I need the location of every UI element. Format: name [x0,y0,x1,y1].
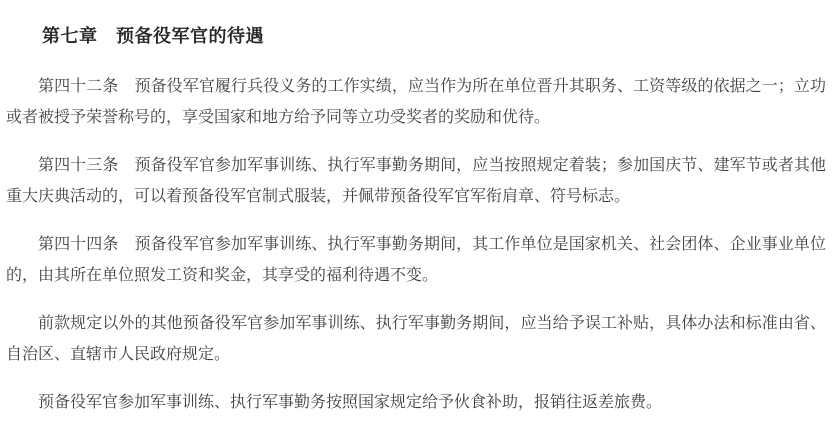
article-42-paragraph: 第四十二条 预备役军官履行兵役义务的工作实绩，应当作为所在单位晋升其职务、工资等… [6,71,826,133]
article-44-paragraph-1: 第四十四条 预备役军官参加军事训练、执行军事勤务期间，其工作单位是国家机关、社会… [6,229,826,291]
article-44-paragraph-2: 前款规定以外的其他预备役军官参加军事训练、执行军事勤务期间，应当给予误工补贴，具… [6,308,826,370]
article-44-paragraph-3: 预备役军官参加军事训练、执行军事勤务按照国家规定给予伙食补助，报销往返差旅费。 [6,387,826,418]
chapter-heading: 第七章 预备役军官的待遇 [6,23,826,49]
article-43-paragraph: 第四十三条 预备役军官参加军事训练、执行军事勤务期间，应当按照规定着装；参加国庆… [6,150,826,212]
document-page: 第七章 预备役军官的待遇 第四十二条 预备役军官履行兵役义务的工作实绩，应当作为… [0,0,833,435]
